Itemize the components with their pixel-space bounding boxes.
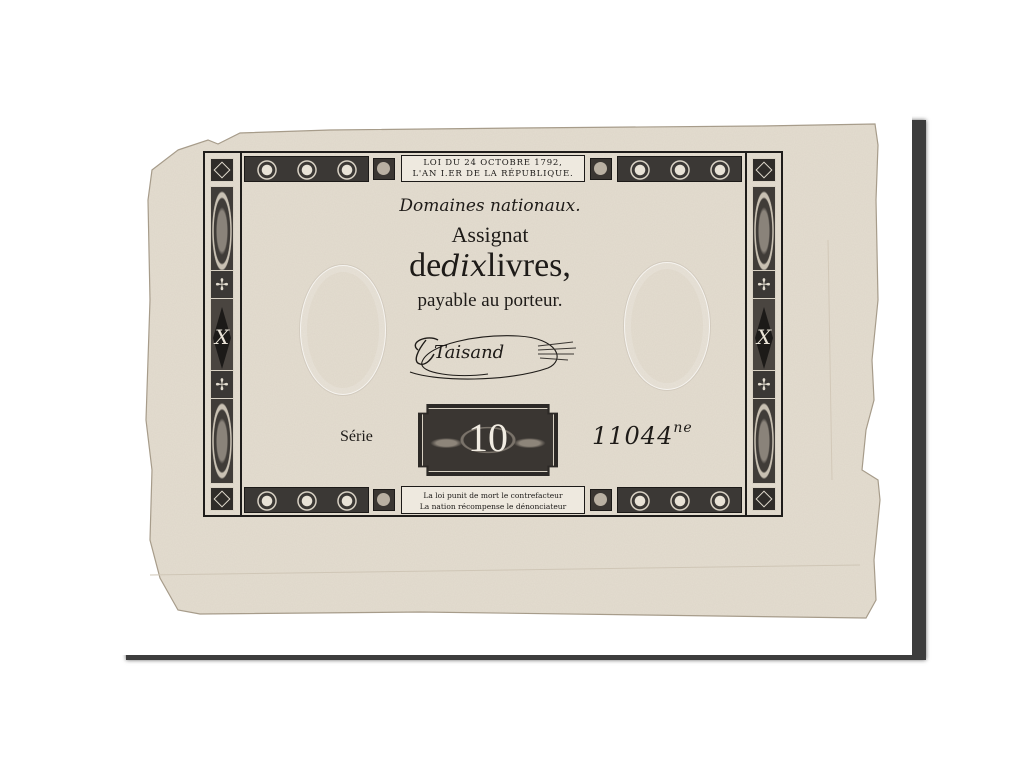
x-diamond-left: X: [210, 298, 234, 378]
corner-rosette-bottom-left: [210, 487, 234, 511]
vase-ornament-right-lower: [752, 398, 776, 484]
vase-ornament-left-upper: [210, 186, 234, 276]
vase-ornament-right-upper: [752, 186, 776, 276]
value-cartouche: 10: [418, 404, 558, 476]
payable-text: payable au porteur.: [340, 290, 640, 312]
ornament-band-bottom-left: [244, 487, 369, 513]
series-label: Série: [340, 428, 373, 446]
cross-ornament-left-lower: ✢: [210, 370, 234, 400]
denomination-prefix: de: [409, 247, 441, 284]
corner-rosette-bottom-right: [752, 487, 776, 511]
value-numeral: 10: [418, 416, 558, 460]
ornament-band-top-left: [244, 156, 369, 182]
ornament-band-bottom-right: [617, 487, 742, 513]
medallion-bottom-right: [590, 489, 612, 511]
cross-ornament-right-upper: ✢: [752, 270, 776, 300]
x-mark-left: X: [211, 323, 233, 351]
signature: Taisand: [398, 328, 588, 388]
x-diamond-right: X: [752, 298, 776, 378]
law-date-label: LOI DU 24 OCTOBRE 1792, L'AN I.er DE LA …: [401, 155, 585, 182]
inner-rule-right: [745, 151, 747, 517]
medallion-top-right: [590, 158, 612, 180]
medallion-bottom-left: [373, 489, 395, 511]
vase-ornament-left-lower: [210, 398, 234, 484]
assignat-banknote: ✢ X ✢ ✢ X ✢ LOI DU 24 OCTOBRE 1792, L'AN…: [0, 0, 1024, 768]
cross-ornament-right-lower: ✢: [752, 370, 776, 400]
heading-domaines: Domaines nationaux.: [340, 196, 640, 216]
warning-line-1: La loi punit de mort le contrefacteur: [402, 490, 584, 501]
title-assignat: Assignat: [340, 222, 640, 248]
medallion-top-left: [373, 158, 395, 180]
inner-rule-left: [240, 151, 242, 517]
corner-rosette-top-right: [752, 158, 776, 182]
law-date-line-1: LOI DU 24 OCTOBRE 1792,: [402, 158, 584, 169]
counterfeit-warning-label: La loi punit de mort le contrefacteur La…: [401, 486, 585, 514]
warning-line-2: La nation récompense le dénonciateur: [402, 501, 584, 512]
serial-number: 11044ne: [592, 422, 693, 450]
denomination-amount-word: dix: [441, 249, 487, 284]
serial-suffix: ne: [673, 420, 692, 436]
ornament-band-top-right: [617, 156, 742, 182]
x-mark-right: X: [753, 323, 775, 351]
serial-digits: 11044: [592, 422, 673, 450]
cross-ornament-left-upper: ✢: [210, 270, 234, 300]
denomination-suffix: livres,: [487, 247, 571, 284]
corner-rosette-top-left: [210, 158, 234, 182]
denomination-text: dedixlivres,: [320, 246, 660, 287]
law-date-line-2: L'AN I.er DE LA RÉPUBLIQUE.: [402, 169, 584, 180]
